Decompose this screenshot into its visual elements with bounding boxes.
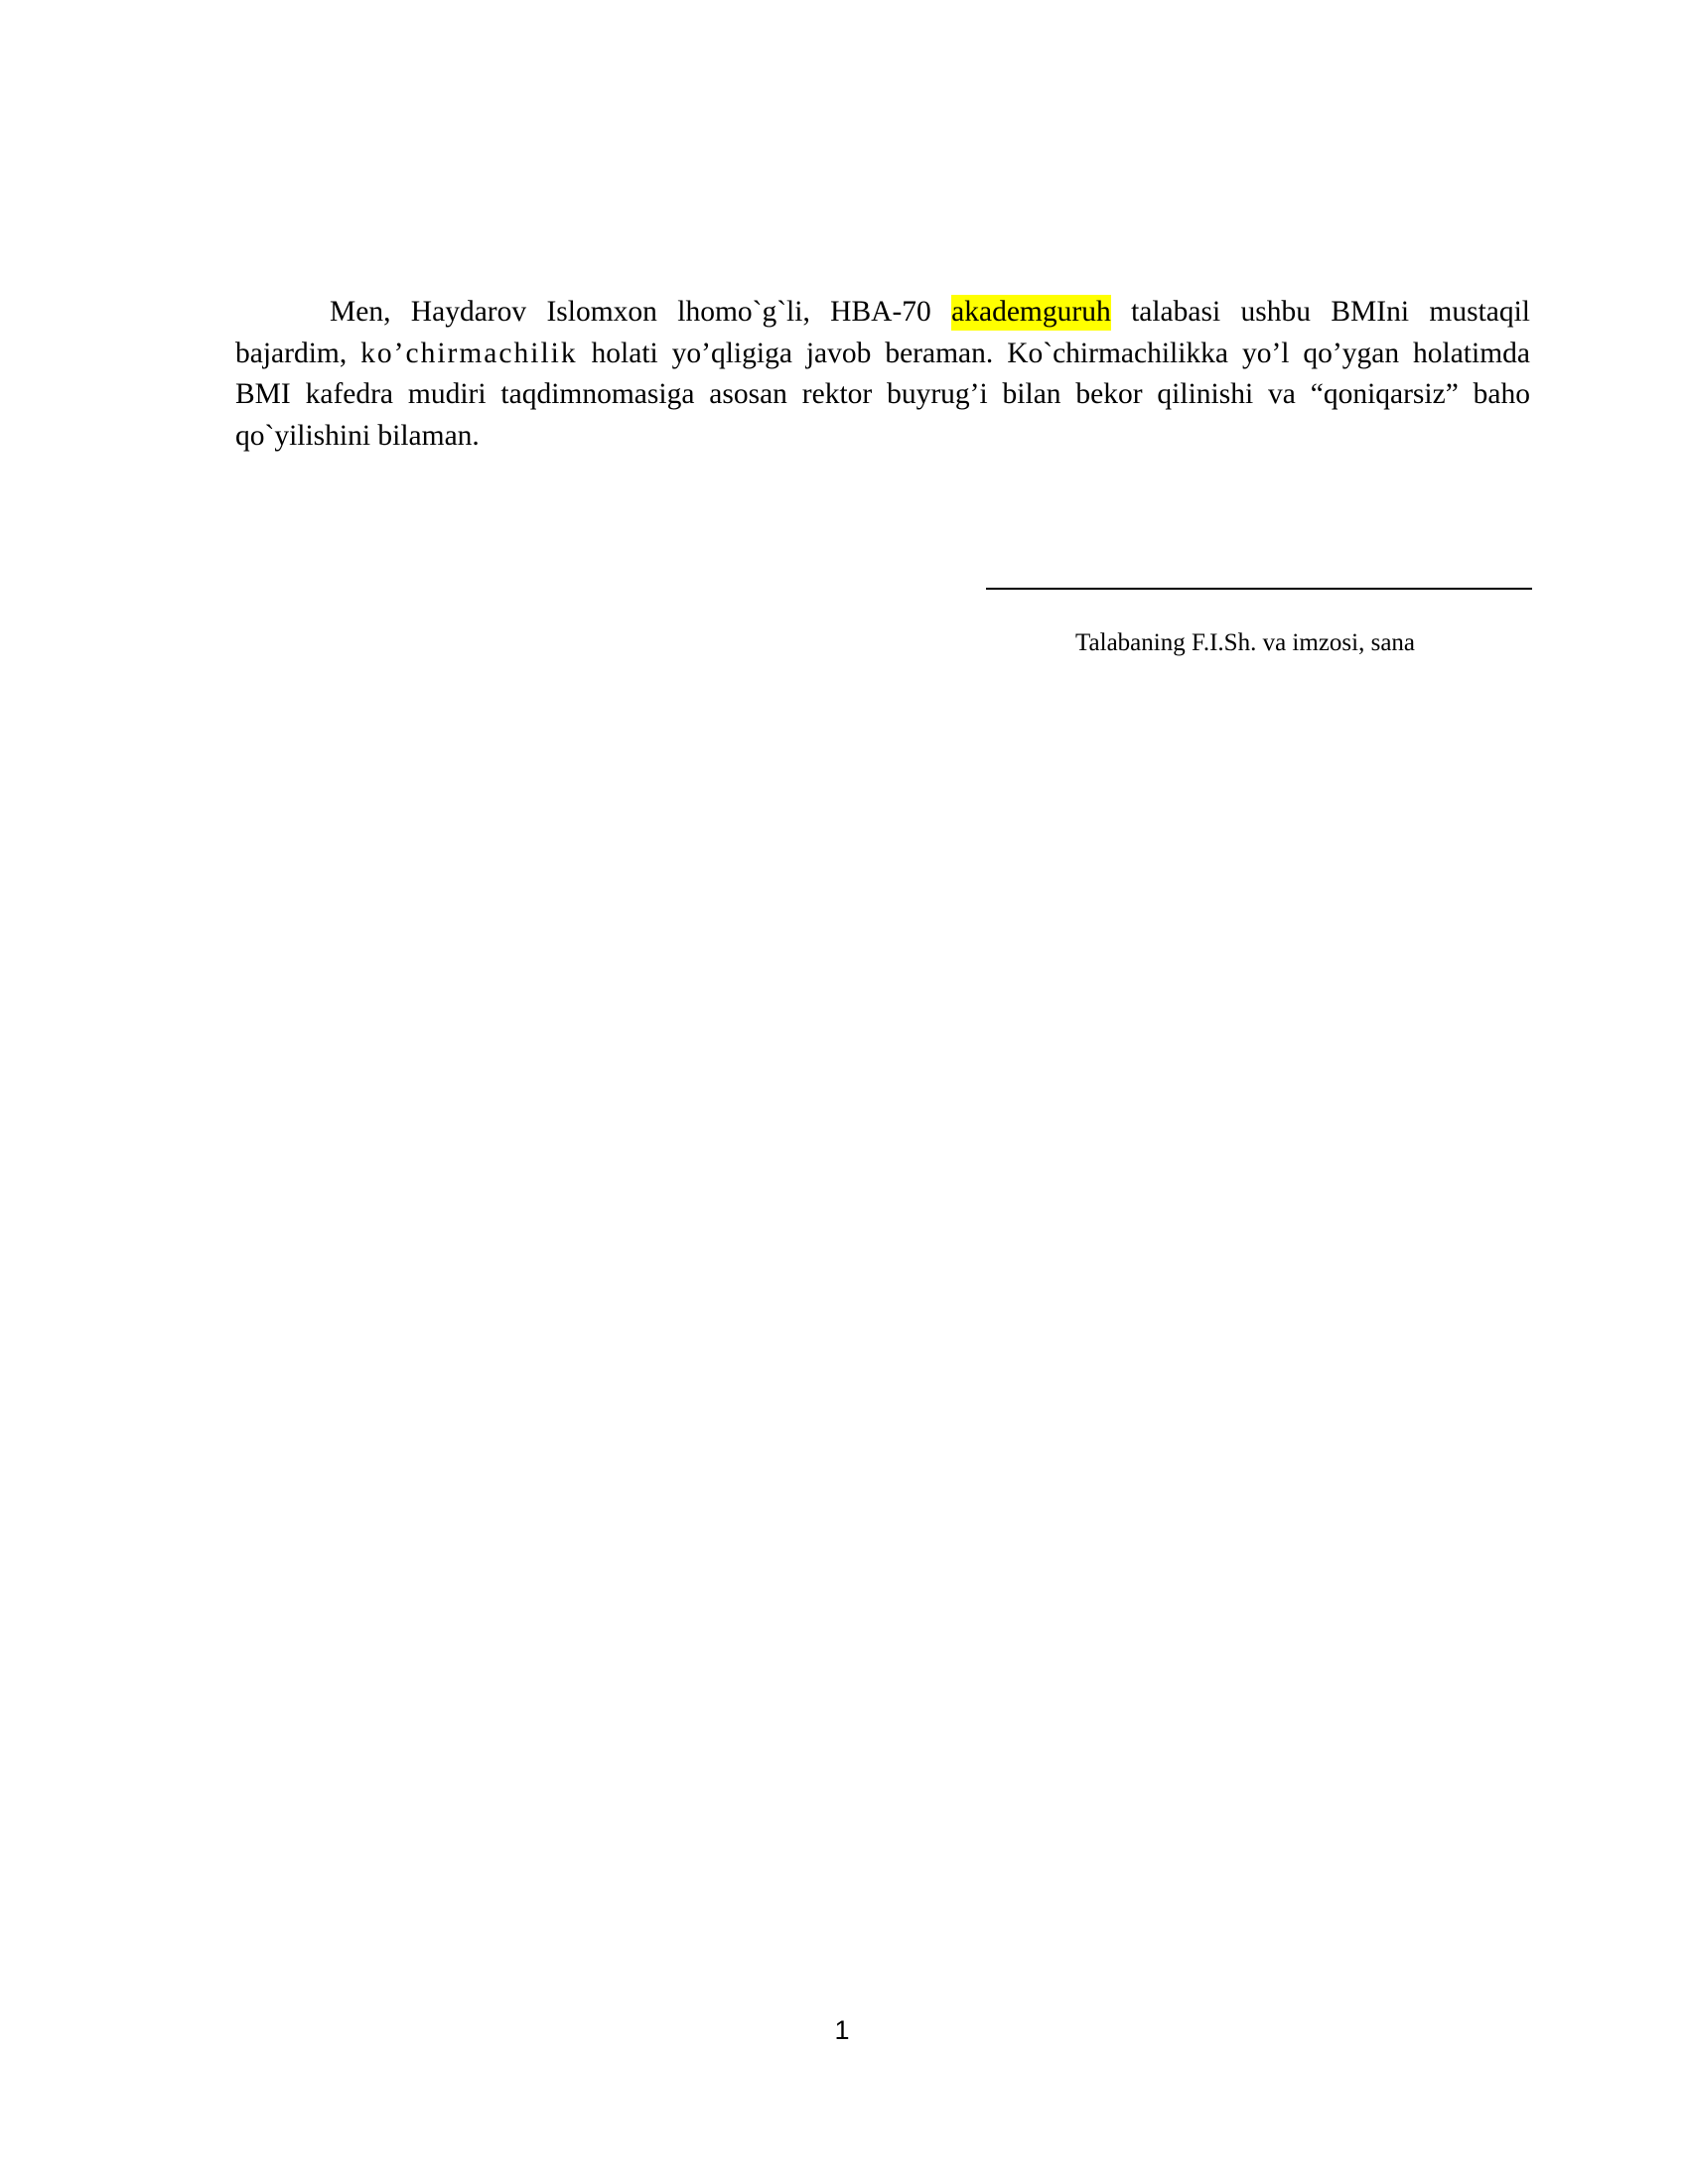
- declaration-paragraph: Men, Haydarov Islomxon lhomo`g`li, HBA-7…: [235, 292, 1530, 458]
- expanded-word: ko’chirmachilik: [360, 338, 577, 369]
- signature-line: [986, 588, 1532, 590]
- signature-caption: Talabaning F.I.Sh. va imzosi, sana: [1075, 628, 1423, 658]
- document-page: Men, Haydarov Islomxon lhomo`g`li, HBA-7…: [0, 0, 1688, 2184]
- paragraph-text-1: Men, Haydarov Islomxon lhomo`g`li, HBA-7…: [330, 296, 951, 328]
- page-number: 1: [794, 2015, 890, 2045]
- highlighted-word: akademguruh: [951, 295, 1111, 331]
